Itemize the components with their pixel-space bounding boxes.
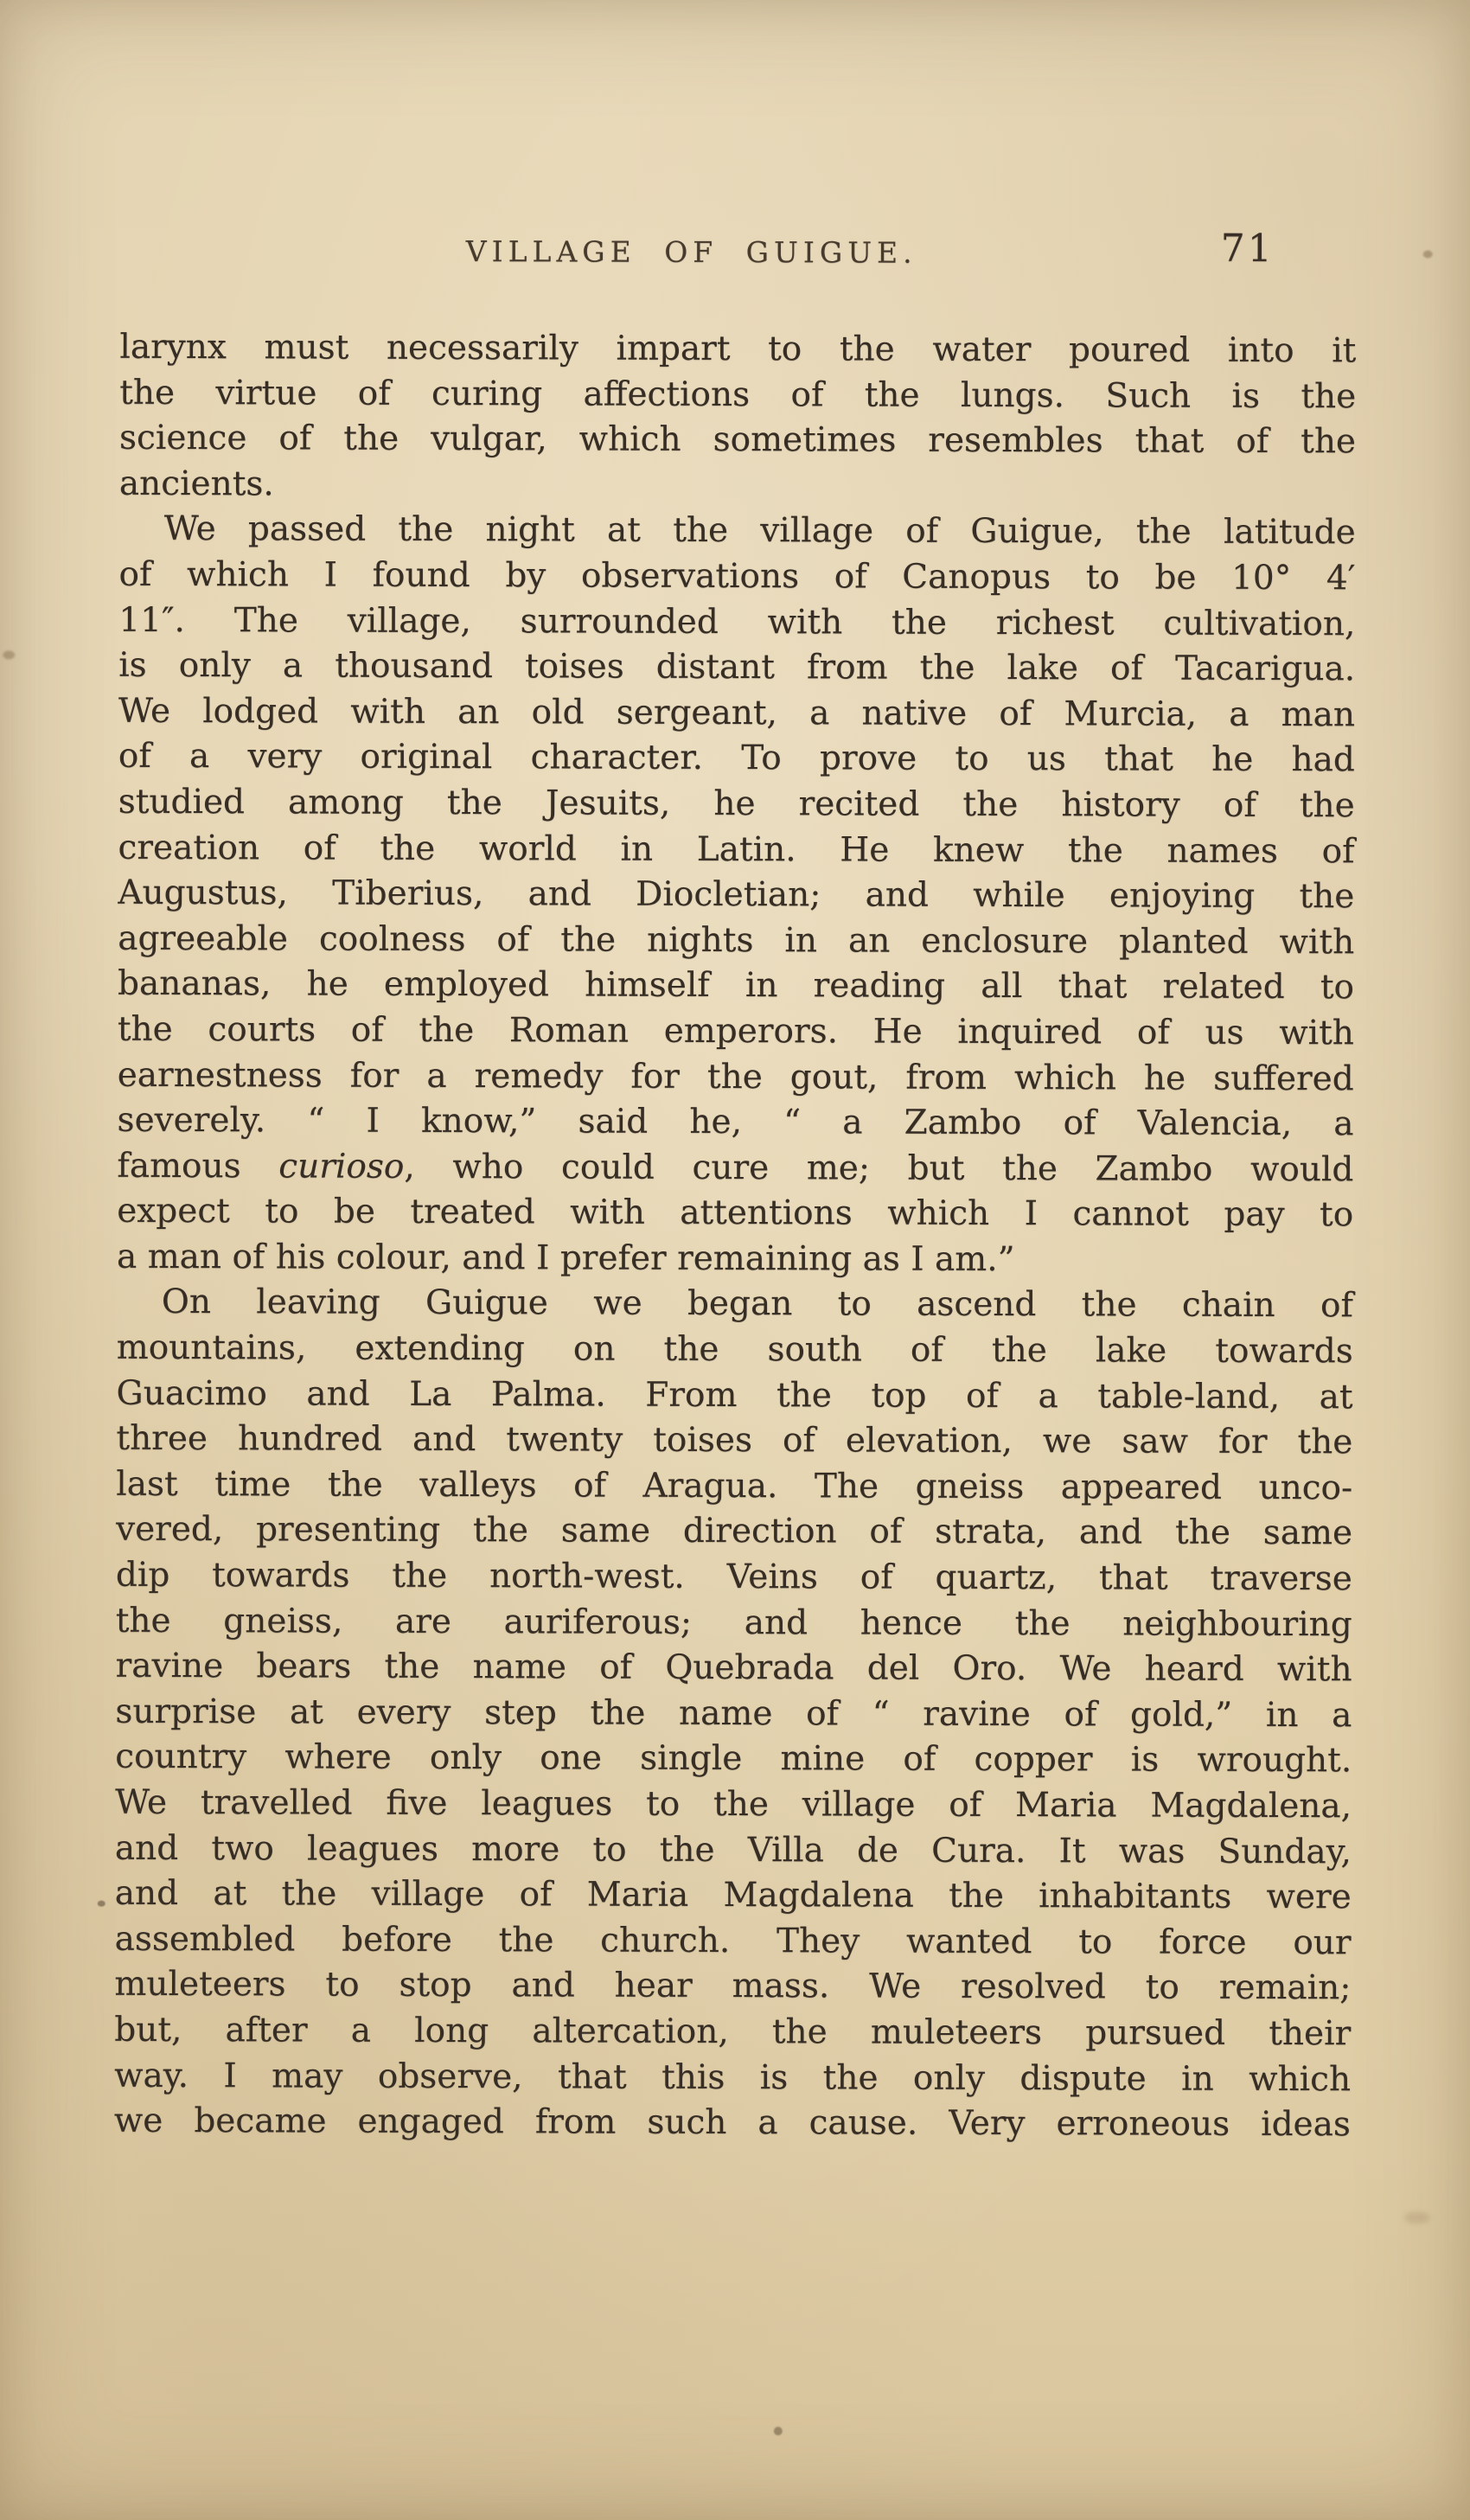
- text-line: muleteers to stop and hear mass. We reso…: [114, 1962, 1351, 2012]
- text-line: ravine bears the name of Quebrada del Or…: [116, 1644, 1352, 1693]
- text-line: agreeable coolness of the nights in an e…: [118, 916, 1354, 965]
- scan-speck: [3, 650, 15, 659]
- text-line: the gneiss, are auriferous; and hence th…: [116, 1598, 1352, 1647]
- running-head: VILLAGE OF GUIGUE. 71: [119, 223, 1358, 275]
- page-title: VILLAGE OF GUIGUE.: [119, 233, 1358, 271]
- text-line: severely. “ I know,” said he, “ a Zambo …: [118, 1098, 1354, 1148]
- text-line: three hundred and twenty toises of eleva…: [116, 1417, 1352, 1466]
- page-sheet: VILLAGE OF GUIGUE. 71 larynx must necess…: [0, 0, 1470, 2520]
- text-line: surprise at every step the name of “ rav…: [115, 1690, 1352, 1739]
- text-line: we became engaged from such a cause. Ver…: [114, 2099, 1351, 2148]
- scan-speck: [1404, 2211, 1430, 2223]
- text-line: is only a thousand toises distant from t…: [118, 643, 1355, 693]
- text-line: a man of his colour, and I prefer remain…: [117, 1235, 1353, 1284]
- text-line: Augustus, Tiberius, and Diocletian; and …: [118, 871, 1354, 920]
- scan-speck: [98, 1901, 105, 1907]
- text-line: We lodged with an old sergeant, a native…: [118, 689, 1355, 739]
- text-line: the virtue of curing affections of the l…: [119, 370, 1356, 419]
- text-line: On leaving Guigue we began to ascend the…: [117, 1280, 1353, 1329]
- text-line: bananas, he employed himself in reading …: [118, 962, 1354, 1011]
- text-line: mountains, extending on the south of the…: [117, 1326, 1353, 1375]
- text-line: Guacimo and La Palma. From the top of a …: [117, 1371, 1353, 1420]
- text-line: 11″. The village, surrounded with the ri…: [118, 598, 1355, 647]
- text-line: studied among the Jesuits, he recited th…: [118, 780, 1355, 829]
- text-line: country where only one single mine of co…: [115, 1735, 1352, 1784]
- text-line: dip towards the north-west. Veins of qua…: [116, 1553, 1352, 1602]
- text-line: way. I may observe, that this is the onl…: [114, 2053, 1351, 2102]
- text-line: famous curioso, who could cure me; but t…: [117, 1143, 1353, 1193]
- text-line: earnestness for a remedy for the gout, f…: [118, 1052, 1354, 1102]
- text-line: assembled before the church. They wanted…: [115, 1917, 1352, 1967]
- text-line: larynx must necessarily impart to the wa…: [119, 325, 1356, 374]
- text-line: and two leagues more to the Villa de Cur…: [115, 1826, 1352, 1875]
- text-line: but, after a long altercation, the mulet…: [114, 2008, 1351, 2057]
- page-number: 71: [1221, 227, 1275, 271]
- text-line: expect to be treated with attentions whi…: [117, 1189, 1353, 1238]
- text-line: vered, presenting the same direction of …: [116, 1507, 1352, 1557]
- text-line: and at the village of Maria Magdalena th…: [115, 1871, 1352, 1921]
- text-line: science of the vulgar, which sometimes r…: [119, 416, 1356, 465]
- text-line: We passed the night at the village of Gu…: [119, 507, 1356, 556]
- text-line: creation of the world in Latin. He knew …: [118, 825, 1354, 874]
- text-line: ancients.: [119, 462, 1356, 511]
- text-line: the courts of the Roman emperors. He inq…: [118, 1007, 1354, 1057]
- text-line: last time the valleys of Aragua. The gne…: [116, 1462, 1352, 1512]
- text-line: of which I found by observations of Cano…: [118, 553, 1355, 602]
- book-page: VILLAGE OF GUIGUE. 71 larynx must necess…: [0, 0, 1470, 2520]
- text-line: We travelled five leagues to the village…: [115, 1781, 1352, 1830]
- body-text: larynx must necessarily impart to the wa…: [114, 325, 1357, 2148]
- text-line: of a very original character. To prove t…: [118, 734, 1355, 784]
- scan-speck: [774, 2427, 783, 2435]
- scan-speck: [1423, 250, 1433, 258]
